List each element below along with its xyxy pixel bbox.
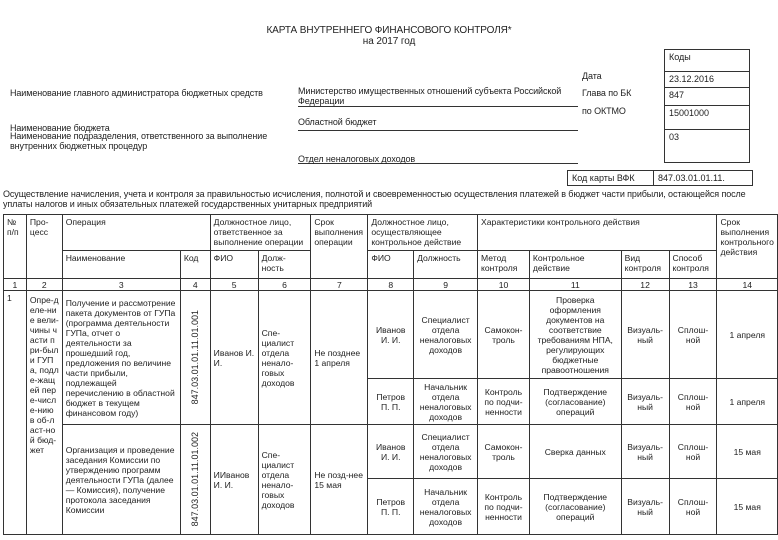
op-name: Организация и проведение заседания Комис… <box>62 425 180 535</box>
th-ctrl-fio: ФИО <box>368 251 414 279</box>
codes-bk-value: 847 <box>664 87 750 106</box>
value-admin: Министерство имущественных отношений суб… <box>298 86 578 107</box>
th-op-code: Код <box>180 251 210 279</box>
th-action: Контрольное действие <box>529 251 621 279</box>
header-row-2: Наименование Код ФИО Долж-ность ФИО Долж… <box>4 251 778 279</box>
header-row-1: № п/п Про-цесс Операция Должностное лицо… <box>4 215 778 251</box>
op-code: 847.03.01.01.11.01.002 <box>180 425 210 535</box>
ctrl-fio: Иванов И. И. <box>368 291 414 379</box>
op-code-text: 847.03.01.01.11.01.001 <box>190 310 200 404</box>
col-num: 8 <box>368 279 414 291</box>
col-num: 12 <box>621 279 669 291</box>
label-unit: Наименование подразделения, ответственно… <box>10 131 295 151</box>
resp-pos: Спе-циалист отдела ненало-говых доходов <box>258 425 311 535</box>
ctrl-method: Контроль по подчи-ненности <box>478 379 530 425</box>
th-num: № п/п <box>4 215 27 279</box>
th-resp-pos: Долж-ность <box>258 251 311 279</box>
resp-fio: ИИванов И. И. <box>210 425 258 535</box>
col-num: 11 <box>529 279 621 291</box>
ctrl-method: Самокон-троль <box>478 425 530 479</box>
ctrl-pos: Специалист отдела неналоговых доходов <box>414 425 478 479</box>
ctrl-fio: Петров П. П. <box>368 479 414 535</box>
col-num: 14 <box>717 279 778 291</box>
deadline: Не позд-нее 15 мая <box>311 425 368 535</box>
ctrl-type: Визуаль-ный <box>621 291 669 379</box>
th-resp-fio: ФИО <box>210 251 258 279</box>
ctrl-type: Визуаль-ный <box>621 425 669 479</box>
col-num: 4 <box>180 279 210 291</box>
codes-oktmo-value: 15001000 <box>664 105 750 130</box>
codes-box: Коды 23.12.2016 847 15001000 03 <box>664 49 750 163</box>
col-num: 2 <box>26 279 62 291</box>
deadline: Не позднее 1 апреля <box>311 291 368 425</box>
th-operation: Операция <box>62 215 210 251</box>
table-row: Организация и проведение заседания Комис… <box>4 425 778 479</box>
value-unit: Отдел неналоговых доходов <box>298 154 578 164</box>
ctrl-action: Подтверждение (согласование) операций <box>529 379 621 425</box>
ctrl-action: Сверка данных <box>529 425 621 479</box>
ctrl-pos: Начальник отдела неналоговых доходов <box>414 379 478 425</box>
card-code: Код карты ВФК 847.03.01.01.11. <box>567 170 753 186</box>
ctrl-pos: Специалист отдела неналоговых доходов <box>414 291 478 379</box>
ctrl-way: Сплош-ной <box>669 479 717 535</box>
th-controller: Должностное лицо, осуществляющее контрол… <box>368 215 478 251</box>
ctrl-deadline: 1 апреля <box>717 379 778 425</box>
ctrl-action: Проверка оформления документов на соотве… <box>529 291 621 379</box>
col-num: 9 <box>414 279 478 291</box>
th-process: Про-цесс <box>26 215 62 279</box>
codes-header: Коды <box>664 49 750 72</box>
th-method: Метод контроля <box>478 251 530 279</box>
ctrl-deadline: 1 апреля <box>717 291 778 379</box>
row-process: Опре-деле-ние вели-чины части при-были Г… <box>26 291 62 535</box>
th-responsible: Должностное лицо, ответственное за выпол… <box>210 215 311 251</box>
resp-pos: Спе-циалист отдела ненало-говых доходов <box>258 291 311 425</box>
th-way: Способ контроля <box>669 251 717 279</box>
th-op-name: Наименование <box>62 251 180 279</box>
col-num: 13 <box>669 279 717 291</box>
codes-date-value: 23.12.2016 <box>664 71 750 88</box>
col-num: 10 <box>478 279 530 291</box>
table-row: 1 Опре-деле-ние вели-чины части при-были… <box>4 291 778 379</box>
card-code-value: 847.03.01.01.11. <box>653 170 753 186</box>
codes-label-oktmo: по ОКТМО <box>582 106 626 116</box>
ctrl-action: Подтверждение (согласование) операций <box>529 479 621 535</box>
resp-fio: Иванов И. И. <box>210 291 258 425</box>
th-ctrl-deadline: Срок выполнения контрольного действия <box>717 215 778 279</box>
ctrl-deadline: 15 мая <box>717 479 778 535</box>
th-type: Вид контроля <box>621 251 669 279</box>
th-deadline: Срок выполнения операции <box>311 215 368 279</box>
col-num: 6 <box>258 279 311 291</box>
document-subtitle: на 2017 год <box>0 36 778 47</box>
codes-label-date: Дата <box>582 71 602 81</box>
ctrl-method: Самокон-троль <box>478 291 530 379</box>
ctrl-pos: Начальник отдела неналоговых доходов <box>414 479 478 535</box>
op-code: 847.03.01.01.11.01.001 <box>180 291 210 425</box>
col-num: 1 <box>4 279 27 291</box>
ctrl-way: Сплош-ной <box>669 291 717 379</box>
th-ctrl-pos: Должность <box>414 251 478 279</box>
ctrl-type: Визуаль-ный <box>621 479 669 535</box>
op-name: Получение и рассмотрение пакета документ… <box>62 291 180 425</box>
card-code-label: Код карты ВФК <box>567 170 654 186</box>
ctrl-way: Сплош-ной <box>669 425 717 479</box>
ctrl-fio: Иванов И. И. <box>368 425 414 479</box>
col-num: 5 <box>210 279 258 291</box>
label-admin: Наименование главного администратора бюд… <box>10 88 300 98</box>
column-numbers-row: 1 2 3 4 5 6 7 8 9 10 11 12 13 14 <box>4 279 778 291</box>
ctrl-fio: Петров П. П. <box>368 379 414 425</box>
ctrl-way: Сплош-ной <box>669 379 717 425</box>
col-num: 3 <box>62 279 180 291</box>
ctrl-method: Контроль по подчи-ненности <box>478 479 530 535</box>
row-num: 1 <box>4 291 27 535</box>
codes-extra-value: 03 <box>664 129 750 163</box>
col-num: 7 <box>311 279 368 291</box>
value-budget: Областной бюджет <box>298 117 578 131</box>
control-map-table: № п/п Про-цесс Операция Должностное лицо… <box>3 214 778 535</box>
ctrl-type: Визуаль-ный <box>621 379 669 425</box>
ctrl-deadline: 15 мая <box>717 425 778 479</box>
process-description: Осуществление начисления, учета и контро… <box>3 189 775 209</box>
codes-label-bk: Глава по БК <box>582 88 631 98</box>
th-characteristics: Характеристики контрольного действия <box>478 215 717 251</box>
op-code-text: 847.03.01.01.11.01.002 <box>190 432 200 526</box>
document-title: КАРТА ВНУТРЕННЕГО ФИНАНСОВОГО КОНТРОЛЯ* <box>0 25 778 36</box>
